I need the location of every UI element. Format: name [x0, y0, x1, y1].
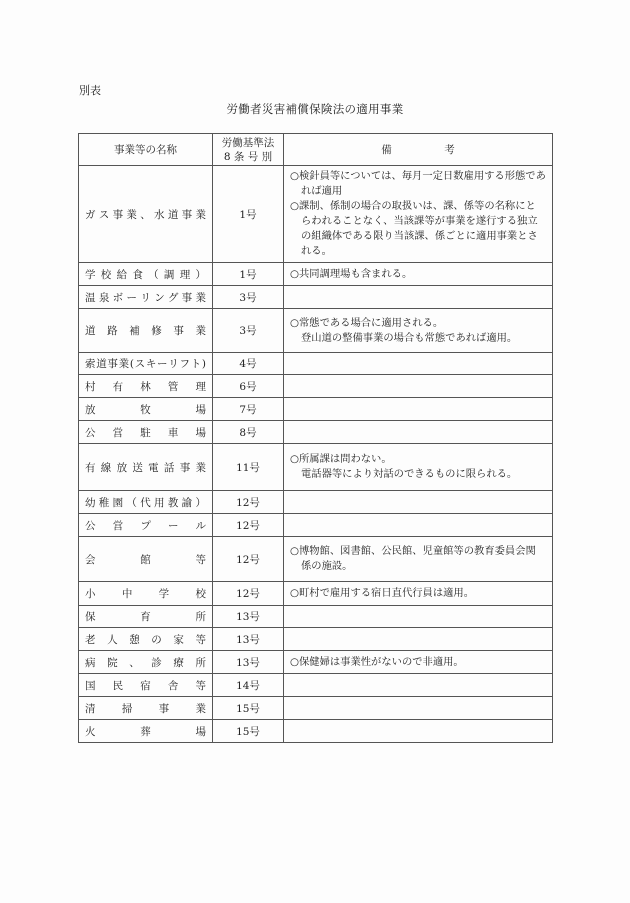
remark-line: ○検針員等については、毎月一定日数雇用する形態であれば適用 — [290, 169, 546, 199]
table-row: 火葬場15号 — [79, 720, 553, 743]
remarks-cell: ○共同調理場も含まれる。 — [284, 263, 553, 286]
remarks-cell — [284, 674, 553, 697]
business-name-cell: 放牧場 — [79, 398, 213, 421]
table-row: 索道事業(スキーリフト)4号 — [79, 353, 553, 375]
table-row: 公営プール12号 — [79, 514, 553, 537]
business-name-cell: 公営プール — [79, 514, 213, 537]
business-name-cell: 病院、診療所 — [79, 651, 213, 674]
remarks-cell: ○常態である場合に適用される。登山道の整備事業の場合も常態であれば適用。 — [284, 309, 553, 353]
table-row: 公営駐車場8号 — [79, 421, 553, 444]
remarks-cell — [284, 286, 553, 309]
table-row: 会館等12号○博物館、図書館、公民館、児童館等の教育委員会関係の施設。 — [79, 537, 553, 582]
business-name-cell: 保育所 — [79, 606, 213, 628]
remark-line: ○共同調理場も含まれる。 — [290, 267, 546, 282]
business-name-cell: 公営駐車場 — [79, 421, 213, 444]
remarks-cell — [284, 421, 553, 444]
remark-line: 電話器等により対話のできるものに限られる。 — [290, 467, 546, 482]
article-number-cell: 13号 — [213, 606, 284, 628]
remarks-cell — [284, 697, 553, 720]
applicable-business-table: 事業等の名称 労働基準法 8 条 号 別 備 考 ガス事業、水道事業1号○検針員… — [78, 133, 553, 743]
article-number-cell: 12号 — [213, 582, 284, 606]
article-number-cell: 13号 — [213, 651, 284, 674]
remarks-cell — [284, 375, 553, 398]
header-remarks-label: 備 考 — [381, 144, 455, 156]
article-number-cell: 14号 — [213, 674, 284, 697]
remarks-cell — [284, 398, 553, 421]
header-article: 労働基準法 8 条 号 別 — [213, 134, 284, 166]
remarks-cell: ○検針員等については、毎月一定日数雇用する形態であれば適用○課制、係制の場合の取… — [284, 166, 553, 263]
remark-line: ○課制、係制の場合の取扱いは、課、係等の名称にとらわれることなく、当該課等が事業… — [290, 199, 546, 259]
business-name-cell: 学校給食（調理） — [79, 263, 213, 286]
article-number-cell: 1号 — [213, 166, 284, 263]
remark-line: 登山道の整備事業の場合も常態であれば適用。 — [290, 331, 546, 346]
table-row: 村有林管理6号 — [79, 375, 553, 398]
business-name-cell: 会館等 — [79, 537, 213, 582]
article-number-cell: 11号 — [213, 444, 284, 491]
article-number-cell: 7号 — [213, 398, 284, 421]
business-name-cell: 火葬場 — [79, 720, 213, 743]
table-row: 有線放送電話事業11号○所属課は問わない。電話器等により対話のできるものに限られ… — [79, 444, 553, 491]
remark-line: ○町村で雇用する宿日直代行員は適用。 — [290, 586, 546, 601]
article-number-cell: 12号 — [213, 491, 284, 514]
table-row: 清掃事業15号 — [79, 697, 553, 720]
remarks-cell — [284, 720, 553, 743]
remarks-cell — [284, 353, 553, 375]
remarks-cell — [284, 606, 553, 628]
table-row: 病院、診療所13号○保健婦は事業性がないので非適用。 — [79, 651, 553, 674]
table-row: 保育所13号 — [79, 606, 553, 628]
table-row: 老人憩の家等13号 — [79, 628, 553, 651]
article-number-cell: 4号 — [213, 353, 284, 375]
header-remarks: 備 考 — [284, 134, 553, 166]
business-name-cell: ガス事業、水道事業 — [79, 166, 213, 263]
remark-line: ○所属課は問わない。 — [290, 452, 546, 467]
remark-line: ○博物館、図書館、公民館、児童館等の教育委員会関係の施設。 — [290, 544, 546, 574]
table-row: 温泉ボーリング事業3号 — [79, 286, 553, 309]
business-name-cell: 有線放送電話事業 — [79, 444, 213, 491]
article-number-cell: 12号 — [213, 514, 284, 537]
article-number-cell: 1号 — [213, 263, 284, 286]
table-row: 国民宿舎等14号 — [79, 674, 553, 697]
remark-line: ○保健婦は事業性がないので非適用。 — [290, 655, 546, 670]
article-number-cell: 8号 — [213, 421, 284, 444]
remarks-cell: ○所属課は問わない。電話器等により対話のできるものに限られる。 — [284, 444, 553, 491]
business-name-cell: 索道事業(スキーリフト) — [79, 353, 213, 375]
business-name-cell: 村有林管理 — [79, 375, 213, 398]
table-body: ガス事業、水道事業1号○検針員等については、毎月一定日数雇用する形態であれば適用… — [79, 166, 553, 743]
business-name-cell: 小中学校 — [79, 582, 213, 606]
header-article-line1: 労働基準法 — [213, 136, 283, 150]
article-number-cell: 15号 — [213, 720, 284, 743]
business-name-cell: 道路補修事業 — [79, 309, 213, 353]
business-name-cell: 清掃事業 — [79, 697, 213, 720]
remarks-cell — [284, 628, 553, 651]
header-article-line2: 8 条 号 別 — [213, 150, 283, 164]
remarks-cell: ○町村で雇用する宿日直代行員は適用。 — [284, 582, 553, 606]
remarks-cell — [284, 491, 553, 514]
business-name-cell: 国民宿舎等 — [79, 674, 213, 697]
remarks-cell — [284, 514, 553, 537]
article-number-cell: 13号 — [213, 628, 284, 651]
table-header-row: 事業等の名称 労働基準法 8 条 号 別 備 考 — [79, 134, 553, 166]
remark-line: ○常態である場合に適用される。 — [290, 316, 546, 331]
business-name-cell: 老人憩の家等 — [79, 628, 213, 651]
table-row: 小中学校12号○町村で雇用する宿日直代行員は適用。 — [79, 582, 553, 606]
article-number-cell: 3号 — [213, 286, 284, 309]
document-title: 労働者災害補償保険法の適用事業 — [0, 101, 630, 117]
table-row: 放牧場7号 — [79, 398, 553, 421]
article-number-cell: 6号 — [213, 375, 284, 398]
table-row: 幼稚園（代用教諭）12号 — [79, 491, 553, 514]
header-business-name: 事業等の名称 — [79, 134, 213, 166]
table-row: 学校給食（調理）1号○共同調理場も含まれる。 — [79, 263, 553, 286]
article-number-cell: 15号 — [213, 697, 284, 720]
article-number-cell: 12号 — [213, 537, 284, 582]
table-row: 道路補修事業3号○常態である場合に適用される。登山道の整備事業の場合も常態であれ… — [79, 309, 553, 353]
business-name-cell: 幼稚園（代用教諭） — [79, 491, 213, 514]
article-number-cell: 3号 — [213, 309, 284, 353]
appendix-label: 別表 — [79, 82, 101, 98]
remarks-cell: ○保健婦は事業性がないので非適用。 — [284, 651, 553, 674]
table-row: ガス事業、水道事業1号○検針員等については、毎月一定日数雇用する形態であれば適用… — [79, 166, 553, 263]
remarks-cell: ○博物館、図書館、公民館、児童館等の教育委員会関係の施設。 — [284, 537, 553, 582]
business-name-cell: 温泉ボーリング事業 — [79, 286, 213, 309]
